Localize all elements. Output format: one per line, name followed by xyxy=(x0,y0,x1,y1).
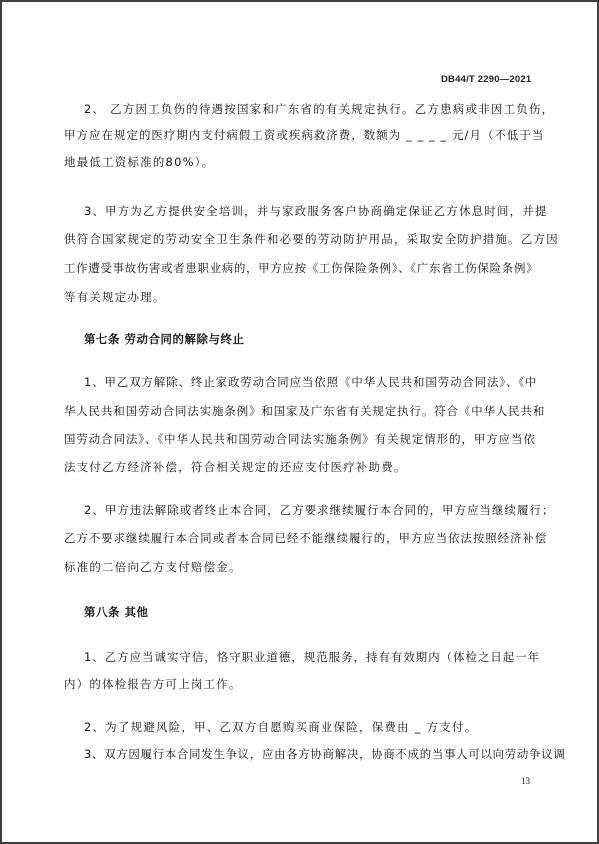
paragraph-line: 1、乙方应当诚实守信，恪守职业道德，规范服务，持有有效期内（体检之日起一年 xyxy=(84,649,540,665)
paragraph-line: 2、甲方违法解除或者终止本合同，乙方要求继续履行本合同的，甲方应当继续履行； xyxy=(84,502,555,518)
paragraph-line: 地最低工资标准的80%）。 xyxy=(64,154,214,170)
paragraph-line: 供符合国家规定的劳动安全卫生条件和必要的劳动防护用品，采取安全防护措施。乙方因 xyxy=(64,231,559,247)
section-heading: 第七条 劳动合同的解除与终止 xyxy=(84,331,244,347)
paragraph-line: 3、双方因履行本合同发生争议，应由各方协商解决，协商不成的当事人可以向劳动争议调 xyxy=(84,746,565,762)
paragraph-line: 甲方应在规定的医疗期内支付病假工资或疾病救济费，数额为 _ _ _ _ 元/月（… xyxy=(64,127,544,143)
paragraph-line: 华人民共和国劳动合同法实施条例》和国家及广东省有关规定执行。符合《中华人民共和 xyxy=(64,403,545,419)
page-number: 13 xyxy=(521,776,530,786)
paragraph-line: 2、为了规避风险，甲、乙双方自愿购买商业保险，保费由 _ 方支付。 xyxy=(84,719,477,735)
paragraph-line: 标准的二倍向乙方支付赔偿金。 xyxy=(64,559,242,575)
paragraph-line: 工作遭受事故伤害或者患职业病的，甲方应按《工伤保险条例》、《广东省工伤保险条例》 xyxy=(64,260,538,276)
paragraph-line: 等有关规定办理。 xyxy=(64,289,166,305)
paragraph-line: 1、甲乙双方解除、终止家政劳动合同应当依照《中华人民共和国劳动合同法》、《中 xyxy=(84,374,537,390)
paragraph-line: 2、 乙方因工负伤的待遇按国家和广东省的有关规定执行。乙方患病或非因工负伤， xyxy=(84,101,554,117)
document-page: DB44/T 2290—2021 2、 乙方因工负伤的待遇按国家和广东省的有关规… xyxy=(2,2,597,842)
paragraph-line: 内）的体检报告方可上岗工作。 xyxy=(64,676,242,692)
paragraph-line: 国劳动合同法》、《中华人民共和国劳动合同法实施条例》有关规定情形的，甲方应当依 xyxy=(64,431,536,447)
paragraph-line: 乙方不要求继续履行本合同或者本合同已经不能继续履行的，甲方应当依法按照经济补偿 xyxy=(64,530,547,546)
standard-code: DB44/T 2290—2021 xyxy=(441,74,531,85)
paragraph-line: 法支付乙方经济补偿，符合相关规定的还应支付医疗补助费。 xyxy=(64,459,407,475)
paragraph-line: 3、甲方为乙方提供安全培训，并与家政服务客户协商确定保证乙方休息时间，并提 xyxy=(84,203,548,219)
section-heading: 第八条 其他 xyxy=(84,604,149,620)
